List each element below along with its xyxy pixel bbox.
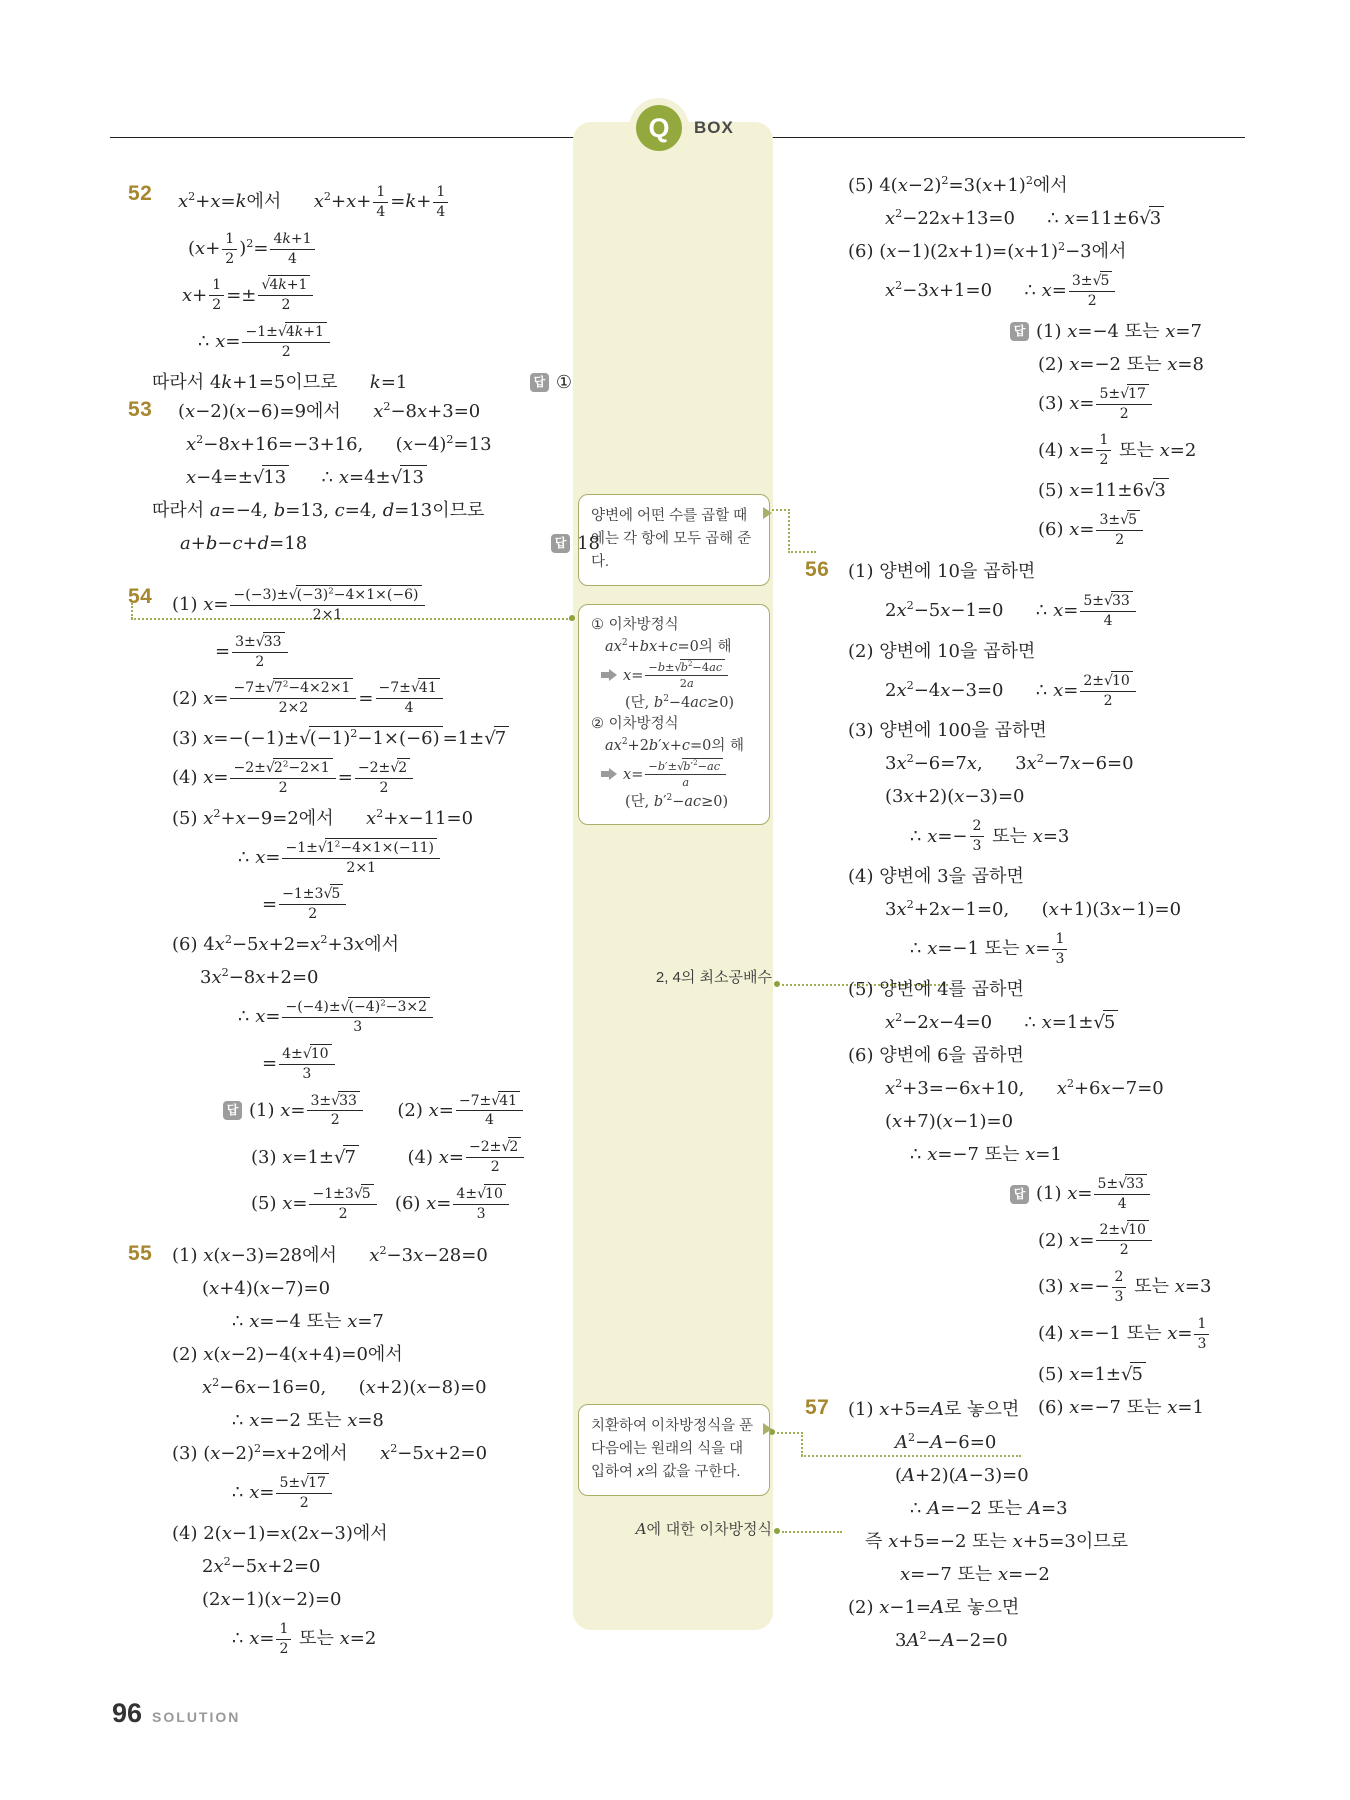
math-line: ∴ x=−7 또는 x=1 <box>910 1141 1250 1168</box>
page-footer: 96 SOLUTION <box>112 1698 240 1729</box>
qbox-logo-label: BOX <box>694 118 734 138</box>
math-line: x=−7 또는 x=−2 <box>900 1561 1250 1588</box>
math-line: 답(1) x=−4 또는 x=7 <box>1010 318 1250 345</box>
math-line: (1) 양변에 10을 곱하면 <box>848 558 1250 585</box>
textbook-solution-page: { "page": {"number": "96", "footer_label… <box>0 0 1350 1800</box>
problem-54: 54(1) x=−(−3)±√(−3)2−4×1×(−6)2×1=3±√332(… <box>112 585 582 1231</box>
problem-number: 54 <box>128 585 152 609</box>
math-line: A2−A−6=0 <box>895 1429 1250 1456</box>
problem-56: 56(1) 양변에 10을 곱하면2x2−5x−1=0∴ x=5±√334(2)… <box>805 558 1250 1427</box>
math-line: (5) x=11±6√3 <box>1038 477 1250 504</box>
problem-55: 55(1) x(x−3)=28에서x2−3x−28=0(x+4)(x−7)=0∴… <box>112 1242 582 1665</box>
math-line: =4±√103 <box>262 1044 582 1085</box>
math-line: 따라서 a=−4, b=13, c=4, d=13이므로 <box>152 497 582 524</box>
math-line: (5) 4(x−2)2=3(x+1)2에서 <box>848 172 1250 199</box>
math-line: x2+x=k에서x2+x+14=k+14 <box>178 182 582 223</box>
math-line: (x+12)2=4k+14 <box>188 229 582 270</box>
math-line: (3) x=−23 또는 x=3 <box>1038 1267 1250 1308</box>
math-line: 즉 x+5=−2 또는 x+5=3이므로 <box>865 1528 1250 1555</box>
problem-continuation: (5) 4(x−2)2=3(x+1)2에서x2−22x+13=0∴ x=11±6… <box>805 172 1250 557</box>
math-line: ∴ x=−4 또는 x=7 <box>232 1308 582 1335</box>
math-line: 답(1) x=3±√332(2) x=−7±√414 <box>223 1091 582 1132</box>
math-line: (1) x(x−3)=28에서x2−3x−28=0 <box>172 1242 582 1269</box>
math-line: x2−6x−16=0,(x+2)(x−8)=0 <box>202 1374 582 1401</box>
math-line: (4) x=−2±√22−2×12=−2±√22 <box>172 758 582 799</box>
math-line: 따라서 4k+1=5이므로k=1답① <box>152 369 572 396</box>
answer-badge: 답 <box>223 1101 242 1120</box>
math-line: 3x2−6=7x,3x2−7x−6=0 <box>885 750 1250 777</box>
math-line: (5) x2+x−9=2에서x2+x−11=0 <box>172 805 582 832</box>
math-line: 2x2−5x−1=0∴ x=5±√334 <box>885 591 1250 632</box>
math-line: x2+3=−6x+10,x2+6x−7=0 <box>885 1075 1250 1102</box>
math-line: (2) 양변에 10을 곱하면 <box>848 638 1250 665</box>
math-line: (x−2)(x−6)=9에서x2−8x+3=0 <box>178 398 582 425</box>
math-line: =−1±3√52 <box>262 884 582 925</box>
math-line: (2x−1)(x−2)=0 <box>202 1586 582 1613</box>
problem-52: 52x2+x=k에서x2+x+14=k+14(x+12)2=4k+14x+12=… <box>112 182 582 402</box>
math-line: (1) x=−(−3)±√(−3)2−4×1×(−6)2×1 <box>172 585 582 626</box>
math-line: ∴ x=−1±√4k+12 <box>198 322 582 363</box>
math-line: (x+4)(x−7)=0 <box>202 1275 582 1302</box>
math-line: 2x2−4x−3=0∴ x=2±√102 <box>885 671 1250 712</box>
math-line: (3) (x−2)2=x+2에서x2−5x+2=0 <box>172 1440 582 1467</box>
solution-columns: 52x2+x=k에서x2+x+14=k+14(x+12)2=4k+14x+12=… <box>0 0 1350 1800</box>
math-line: (4) 양변에 3을 곱하면 <box>848 863 1250 890</box>
math-line: (2) x=−7±√72−4×2×12×2=−7±√414 <box>172 678 582 719</box>
math-line: x2−8x+16=−3+16,(x−4)2=13 <box>186 431 582 458</box>
math-line: (4) x=12 또는 x=2 <box>1038 430 1250 471</box>
math-line: a+b−c+d=18답18 <box>180 530 600 557</box>
math-line: (4) x=−1 또는 x=13 <box>1038 1314 1250 1355</box>
math-line: ∴ A=−2 또는 A=3 <box>910 1495 1250 1522</box>
math-line: (3) x=1±√7(4) x=−2±√22 <box>251 1137 582 1178</box>
math-line: (6) 4x2−5x+2=x2+3x에서 <box>172 931 582 958</box>
answer-badge: 답 <box>551 534 570 553</box>
math-line: ∴ x=−2 또는 x=8 <box>232 1407 582 1434</box>
math-line: ∴ x=−1 또는 x=13 <box>910 929 1250 970</box>
math-line: (2) x(x−2)−4(x+4)=0에서 <box>172 1341 582 1368</box>
math-line: ∴ x=−(−4)±√(−4)2−3×23 <box>238 997 582 1038</box>
footer-label: SOLUTION <box>152 1709 240 1725</box>
math-line: 3A2−A−2=0 <box>895 1627 1250 1654</box>
answer-badge: 답 <box>1010 322 1029 341</box>
math-line: =3±√332 <box>215 632 582 673</box>
answer-badge: 답 <box>530 373 549 392</box>
math-line: (6) (x−1)(2x+1)=(x+1)2−3에서 <box>848 238 1250 265</box>
math-line: ∴ x=−23 또는 x=3 <box>910 816 1250 857</box>
math-line: (6) 양변에 6을 곱하면 <box>848 1042 1250 1069</box>
problem-number: 55 <box>128 1242 152 1266</box>
math-line: ∴ x=12 또는 x=2 <box>232 1619 582 1660</box>
problem-57: 57(1) x+5=A로 놓으면A2−A−6=0(A+2)(A−3)=0∴ A=… <box>805 1396 1250 1660</box>
math-line: ∴ x=−1±√12−4×1×(−11)2×1 <box>238 838 582 879</box>
math-line: (2) x−1=A로 놓으면 <box>848 1594 1250 1621</box>
math-line: x2−22x+13=0∴ x=11±6√3 <box>885 205 1250 232</box>
math-line: 2x2−5x+2=0 <box>202 1553 582 1580</box>
math-line: (5) x=−1±3√52(6) x=4±√103 <box>251 1184 582 1225</box>
math-line: (4) 2(x−1)=x(2x−3)에서 <box>172 1520 582 1547</box>
problem-53: 53(x−2)(x−6)=9에서x2−8x+3=0x2−8x+16=−3+16,… <box>112 398 582 563</box>
math-line: 3x2−8x+2=0 <box>200 964 582 991</box>
math-line: x2−2x−4=0∴ x=1±√5 <box>885 1009 1250 1036</box>
qbox-logo-circle: Q <box>636 105 682 151</box>
math-line: (x+7)(x−1)=0 <box>885 1108 1250 1135</box>
page-number: 96 <box>112 1698 142 1729</box>
problem-number: 53 <box>128 398 152 422</box>
math-line: (5) x=1±√5 <box>1038 1361 1250 1388</box>
answer-right: 답18 <box>551 530 600 557</box>
answer-right: 답① <box>530 369 572 396</box>
math-line: (5) 양변에 4를 곱하면 <box>848 976 1250 1003</box>
math-line: (2) x=−2 또는 x=8 <box>1038 351 1250 378</box>
qbox-logo-letter: Q <box>648 113 669 144</box>
math-line: (3) x=5±√172 <box>1038 384 1250 425</box>
math-line: 답(1) x=5±√334 <box>1010 1174 1250 1215</box>
qbox-logo-ring: Q <box>629 98 689 158</box>
math-line: x−4=±√13∴ x=4±√13 <box>186 464 582 491</box>
math-line: (2) x=2±√102 <box>1038 1220 1250 1261</box>
math-line: (6) x=3±√52 <box>1038 510 1250 551</box>
problem-number: 52 <box>128 182 152 206</box>
math-line: x+12=±√4k+12 <box>182 275 582 316</box>
qbox-logo: Q <box>629 98 689 158</box>
problem-number: 57 <box>805 1396 829 1420</box>
math-line: (3x+2)(x−3)=0 <box>885 783 1250 810</box>
math-line: (3) 양변에 100을 곱하면 <box>848 717 1250 744</box>
math-line: (A+2)(A−3)=0 <box>895 1462 1250 1489</box>
math-line: 3x2+2x−1=0,(x+1)(3x−1)=0 <box>885 896 1250 923</box>
math-line: ∴ x=5±√172 <box>232 1473 582 1514</box>
math-line: (1) x+5=A로 놓으면 <box>848 1396 1250 1423</box>
answer-badge: 답 <box>1010 1185 1029 1204</box>
math-line: (3) x=−(−1)±√(−1)2−1×(−6)=1±√7 <box>172 725 582 752</box>
problem-number: 56 <box>805 558 829 582</box>
math-line: x2−3x+1=0∴ x=3±√52 <box>885 271 1250 312</box>
